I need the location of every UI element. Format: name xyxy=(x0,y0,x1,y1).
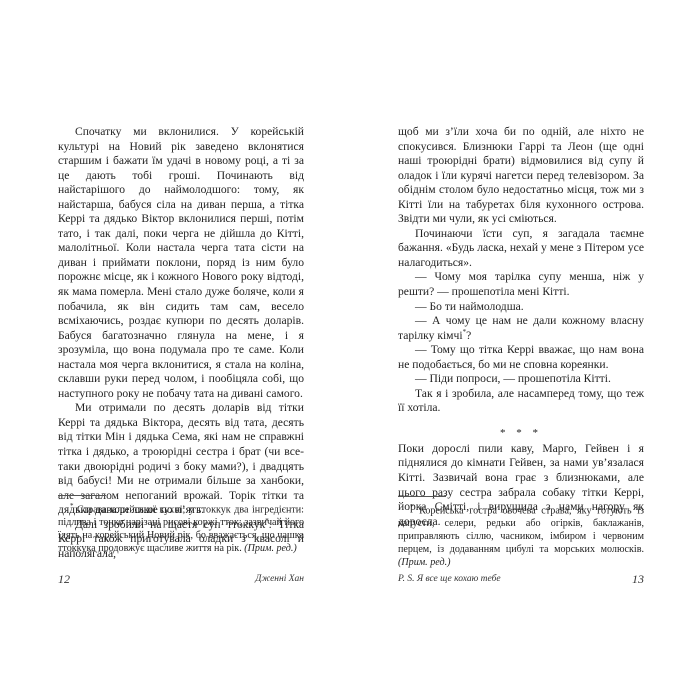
paragraph: Спочатку ми вклонилися. У корейській кул… xyxy=(58,125,304,401)
footnote-rule xyxy=(398,496,446,497)
dialogue-line: — А чому це нам не дали кожному власну т… xyxy=(398,314,644,343)
running-head-title: P. S. Я все ще кохаю тебе xyxy=(398,574,501,584)
page-number-left: 12 xyxy=(58,572,70,587)
right-page: щоб ми з’їли хоча би по одній, але ніхто… xyxy=(398,125,644,529)
dialogue-line: — Бо ти наймолодша. xyxy=(398,300,644,315)
dialogue-line: — Чому моя тарілка супу менша, ніж у реш… xyxy=(398,270,644,299)
editor-note: (Прим. ред.) xyxy=(398,557,451,568)
footnote: * Страва корейської кухні; у ттоккук два… xyxy=(58,500,304,556)
paragraph: щоб ми з’їли хоча би по одній, але ніхто… xyxy=(398,125,644,227)
paragraph-text: ? xyxy=(466,329,471,342)
dialogue-line: — Піди попроси, — прошепотіла Кітті. xyxy=(398,372,644,387)
footnote-rule xyxy=(58,495,106,496)
paragraph: Так я і зробила, але насамперед тому, що… xyxy=(398,387,644,416)
section-break: * * * xyxy=(398,426,644,440)
right-page-body: щоб ми з’їли хоча би по одній, але ніхто… xyxy=(398,125,644,529)
paragraph-text: — А чому це нам не дали кожному власну т… xyxy=(398,314,644,342)
footnote-text: Корейська гостра овочева страва, яку гот… xyxy=(398,505,644,555)
footnote: * Корейська гостра овочева страва, яку г… xyxy=(398,501,644,570)
footnote-mark: * xyxy=(410,503,414,511)
footnote-mark: * xyxy=(70,502,74,510)
dialogue-line: — Тому що тітка Керрі вважає, що нам вон… xyxy=(398,343,644,372)
running-head-author: Дженні Хан xyxy=(242,574,304,584)
paragraph: Починаючи їсти суп, я загадала таємне ба… xyxy=(398,227,644,271)
editor-note: (Прим. ред.) xyxy=(244,543,297,554)
page-number-right: 13 xyxy=(620,572,644,587)
left-page: Спочатку ми вклонилися. У корейській кул… xyxy=(58,125,304,561)
